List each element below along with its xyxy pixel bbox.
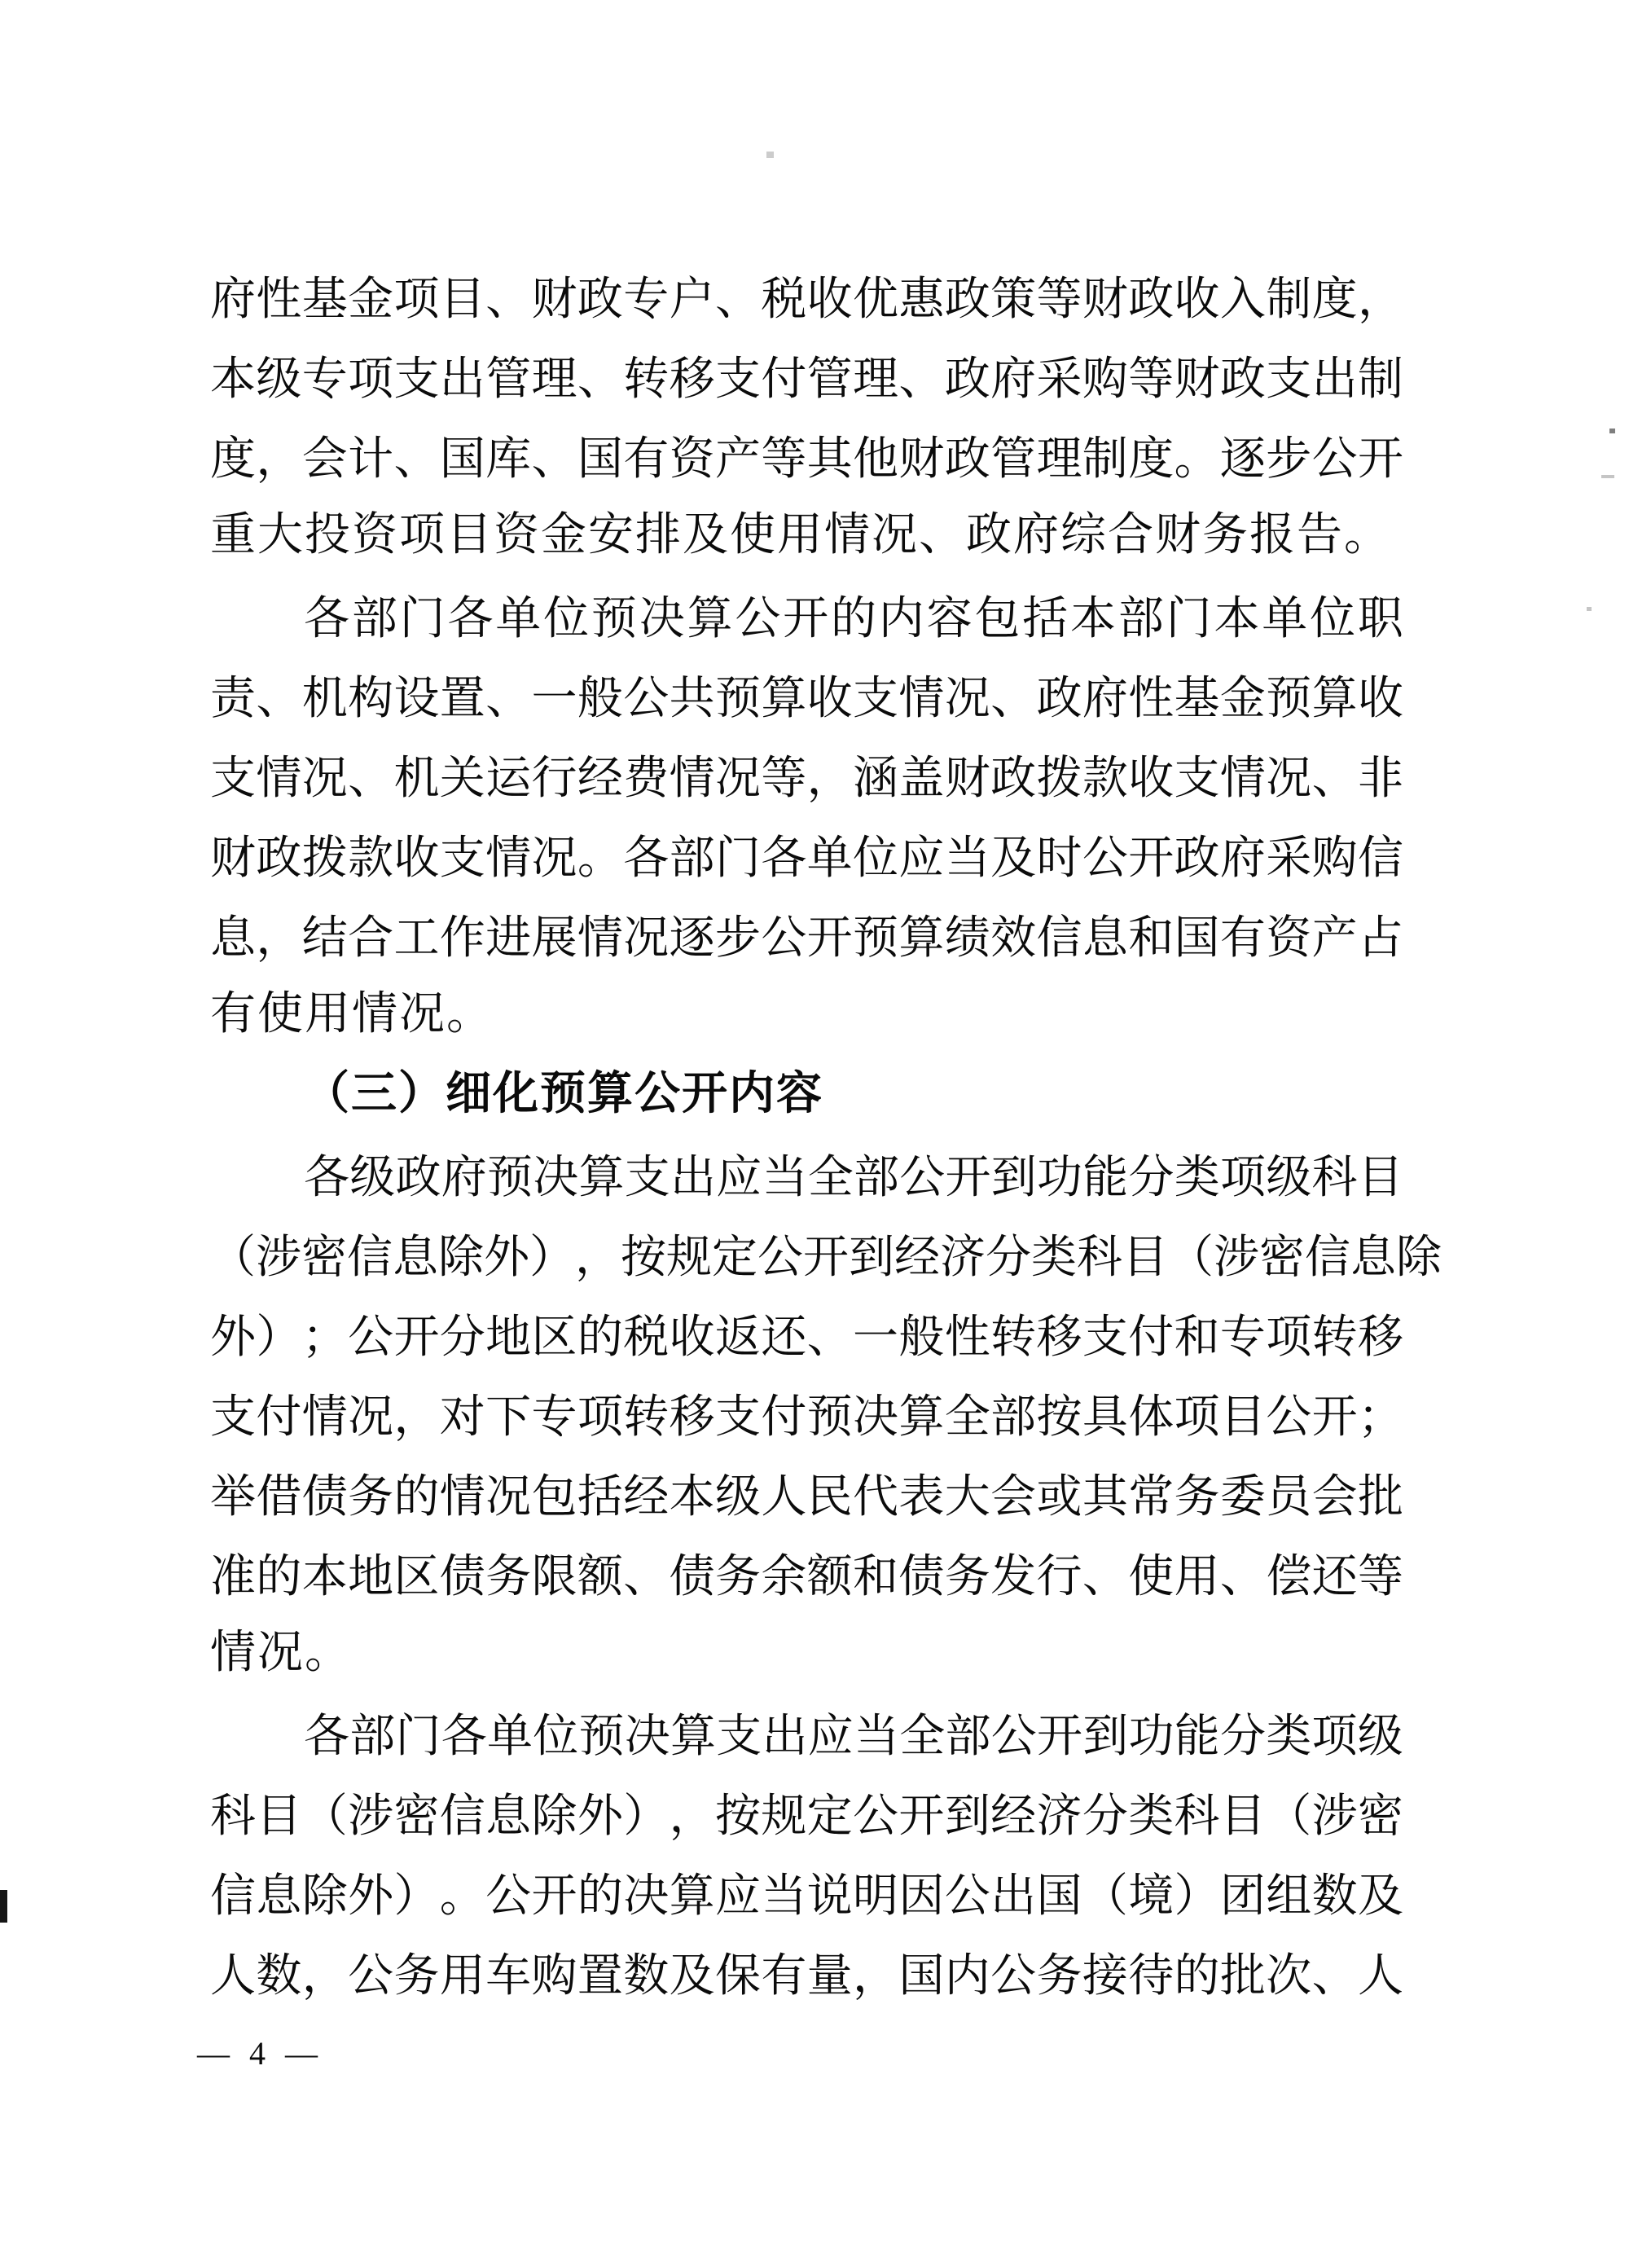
text-line: 举借债务的情况包括经本级人民代表大会或其常务委员会批 <box>210 1453 1403 1533</box>
text-line: 度，会计、国库、国有资产等其他财政管理制度。逐步公开 <box>210 415 1403 495</box>
scan-artifact-speck <box>766 152 774 158</box>
text-line: 科目（涉密信息除外），按规定公开到经济分类科目（涉密 <box>210 1773 1403 1853</box>
text-line: 信息除外）。公开的决算应当说明因公出国（境）团组数及 <box>210 1853 1403 1932</box>
text-line: 各部门各单位预决算支出应当全部公开到功能分类项级 <box>304 1693 1403 1773</box>
text-line: 息，结合工作进展情况逐步公开预算绩效信息和国有资产占 <box>210 894 1403 974</box>
scan-artifact-speck <box>1609 429 1615 433</box>
text-line: （涉密信息除外），按规定公开到经济分类科目（涉密信息除 <box>210 1214 1403 1294</box>
text-line: 有使用情况。 <box>210 974 1403 1054</box>
text-line: 准的本地区债务限额、债务余额和债务发行、使用、偿还等 <box>210 1533 1403 1613</box>
text-line: 人数，公务用车购置数及保有量，国内公务接待的批次、人 <box>210 1932 1403 2012</box>
text-line: 重大投资项目资金安排及使用情况、政府综合财务报告。 <box>210 495 1403 575</box>
text-line: 情况。 <box>210 1613 1403 1693</box>
scanned-document-page: { "page": { "number_label": "— 4 —", "ba… <box>0 0 1629 2268</box>
text-line: 责、机构设置、一般公共预算收支情况、政府性基金预算收 <box>210 655 1403 735</box>
scan-artifact-speck <box>1601 475 1614 478</box>
text-line: 支付情况，对下专项转移支付预决算全部按具体项目公开； <box>210 1374 1403 1453</box>
text-line: 各级政府预决算支出应当全部公开到功能分类项级科目 <box>304 1134 1403 1214</box>
page-number: — 4 — <box>197 2034 323 2072</box>
text-line: 各部门各单位预决算公开的内容包括本部门本单位职 <box>304 575 1403 655</box>
text-line: 本级专项支出管理、转移支付管理、政府采购等财政支出制 <box>210 336 1403 415</box>
text-line: 府性基金项目、财政专户、税收优惠政策等财政收入制度， <box>210 256 1403 336</box>
text-line: 支情况、机关运行经费情况等，涵盖财政拨款收支情况、非 <box>210 735 1403 815</box>
section-heading: （三）细化预算公开内容 <box>210 1054 1403 1134</box>
text-line: 财政拨款收支情况。各部门各单位应当及时公开政府采购信 <box>210 815 1403 894</box>
scan-artifact-speck <box>1587 607 1592 611</box>
scan-artifact-left-edge <box>0 1890 7 1923</box>
document-body: 府性基金项目、财政专户、税收优惠政策等财政收入制度，本级专项支出管理、转移支付管… <box>210 256 1403 2012</box>
text-line: 外）；公开分地区的税收返还、一般性转移支付和专项转移 <box>210 1294 1403 1374</box>
